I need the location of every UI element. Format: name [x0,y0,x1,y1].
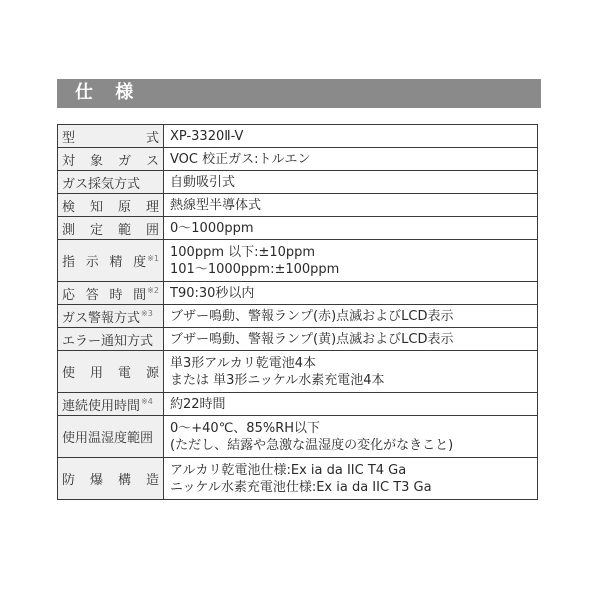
footnote-marker: ※3 [141,309,153,318]
footnote-marker: ※2 [147,286,159,295]
spec-label-text: 理 [146,196,159,215]
spec-label-text: エラー通知方式 [62,330,153,349]
spec-label-text: 間 [133,288,146,303]
spec-label-cell: 使用温湿度範囲 [58,416,164,458]
spec-label-text: 構 [118,469,131,488]
footnote-marker: ※4 [141,397,153,406]
spec-label: エラー通知方式 [62,330,159,349]
spec-label-cell: エラー通知方式 [58,328,164,351]
spec-value: ブザー鳴動、警報ランプ(赤)点滅およびLCD表示 [170,308,531,325]
spec-label-cell: 測定範囲 [58,217,164,240]
spec-value-cell: 約22時間 [164,393,538,416]
spec-label: ガス採気方式 [62,173,159,192]
spec-value-cell: 100ppm 以下:±10ppm101〜1000ppm:±100ppm [164,240,538,282]
spec-label-cell: 使用電源 [58,351,164,393]
spec-label-text: 囲 [146,219,159,238]
spec-label-text: 示 [86,251,99,270]
spec-label-text: 度 [133,255,146,270]
spec-value: XP-3320Ⅱ-V [170,128,531,145]
spec-value: 0〜+40℃、85%RH以下 [170,420,531,437]
spec-value: 熱線型半導体式 [170,197,531,214]
spec-label-text: ガ [118,150,131,169]
spec-label-text: 測 [62,219,75,238]
spec-value: 101〜1000ppm:±100ppm [170,261,531,278]
spec-label-text: 検 [62,196,75,215]
spec-label-text: 定 [90,219,103,238]
spec-value-cell: 熱線型半導体式 [164,194,538,217]
spec-row: 使用温湿度範囲0〜+40℃、85%RH以下(ただし、結露や急激な温湿度の変化がな… [58,416,538,458]
spec-label-cell: 検知原理 [58,194,164,217]
spec-label-cell: ガス採気方式 [58,171,164,194]
spec-label: 指示精度※1 [62,251,159,270]
spec-label-text: ガス採気方式 [62,173,140,192]
spec-value-cell: XP-3320Ⅱ-V [164,125,538,148]
spec-value: 約22時間 [170,396,531,413]
section-header-bar: 仕 様 [57,79,541,108]
spec-label-text: 範 [118,219,131,238]
spec-label-text: 象 [90,150,103,169]
spec-label-cell: 連続使用時間※4 [58,393,164,416]
spec-row: 対象ガスVOC 校正ガス:トルエン [58,148,538,171]
spec-label-cell: 型式 [58,125,164,148]
spec-value: アルカリ乾電池仕様:Ex ia da IIC T4 Ga [170,462,531,479]
spec-label: ガス警報方式※3 [62,307,159,326]
spec-value: (ただし、結露や急激な温湿度の変化がなきこと) [170,437,531,454]
spec-label-text: 答 [86,284,99,303]
spec-row: エラー通知方式ブザー鳴動、警報ランプ(黄)点滅およびLCD表示 [58,328,538,351]
footnote-marker: ※1 [147,254,159,263]
spec-row: 指示精度※1100ppm 以下:±10ppm101〜1000ppm:±100pp… [58,240,538,282]
spec-label: 使用温湿度範囲 [62,427,159,446]
spec-label-cell: 対象ガス [58,148,164,171]
spec-label-text: 応 [62,284,75,303]
spec-value-cell: 0〜+40℃、85%RH以下(ただし、結露や急激な温湿度の変化がなきこと) [164,416,538,458]
spec-value-cell: 自動吸引式 [164,171,538,194]
spec-label-text: 防 [62,469,75,488]
spec-label-cell: ガス警報方式※3 [58,305,164,328]
spec-label-text: 時 [109,284,122,303]
spec-row: 使用電源単3形アルカリ乾電池4本または 単3形ニッケル水素充電池4本 [58,351,538,393]
spec-value-cell: ブザー鳴動、警報ランプ(赤)点滅およびLCD表示 [164,305,538,328]
spec-value-cell: アルカリ乾電池仕様:Ex ia da IIC T4 Gaニッケル水素充電池仕様:… [164,458,538,500]
spec-label-text: 爆 [90,469,103,488]
spec-label: 使用電源 [62,362,159,381]
spec-label-text: 造 [146,469,159,488]
spec-label-cell: 指示精度※1 [58,240,164,282]
spec-row: 応答時間※2T90:30秒以内 [58,282,538,305]
spec-label-text: 電 [118,362,131,381]
spec-value-cell: T90:30秒以内 [164,282,538,305]
section-title: 仕 様 [75,82,141,104]
spec-label: 測定範囲 [62,219,159,238]
spec-label-text: 精 [109,251,122,270]
spec-label-text: 源 [146,362,159,381]
spec-value: ニッケル水素充電池仕様:Ex ia da IIC T3 Ga [170,479,531,496]
spec-value: 自動吸引式 [170,174,531,191]
spec-value: 単3形アルカリ乾電池4本 [170,355,531,372]
spec-row: ガス採気方式自動吸引式 [58,171,538,194]
spec-label-text: 連続使用時間 [62,399,140,414]
spec-label: 型式 [62,127,159,146]
spec-value-cell: VOC 校正ガス:トルエン [164,148,538,171]
spec-value: T90:30秒以内 [170,285,531,302]
spec-label-text: 指 [62,251,75,270]
spec-label-cell: 防爆構造 [58,458,164,500]
spec-value-cell: 0〜1000ppm [164,217,538,240]
spec-label: 検知原理 [62,196,159,215]
spec-label-text: ス [146,150,159,169]
spec-label-text: 対 [62,150,75,169]
spec-value: 0〜1000ppm [170,220,531,237]
spec-row: 検知原理熱線型半導体式 [58,194,538,217]
spec-row: 防爆構造アルカリ乾電池仕様:Ex ia da IIC T4 Gaニッケル水素充電… [58,458,538,500]
spec-row: 連続使用時間※4約22時間 [58,393,538,416]
spec-value: 100ppm 以下:±10ppm [170,244,531,261]
spec-label-text: 型 [62,127,75,146]
spec-label-text: 使用温湿度範囲 [62,427,153,446]
spec-value: VOC 校正ガス:トルエン [170,151,531,168]
spec-table: 型式XP-3320Ⅱ-V対象ガスVOC 校正ガス:トルエンガス採気方式自動吸引式… [57,124,538,500]
spec-label-text: 用 [90,362,103,381]
spec-label: 連続使用時間※4 [62,395,159,414]
spec-label-text: 知 [90,196,103,215]
spec-label-text: 原 [118,196,131,215]
spec-row: 測定範囲0〜1000ppm [58,217,538,240]
spec-value: または 単3形ニッケル水素充電池4本 [170,372,531,389]
spec-label-text: 使 [62,362,75,381]
spec-label-text: 式 [146,127,159,146]
spec-value-cell: 単3形アルカリ乾電池4本または 単3形ニッケル水素充電池4本 [164,351,538,393]
spec-label: 防爆構造 [62,469,159,488]
spec-row: ガス警報方式※3ブザー鳴動、警報ランプ(赤)点滅およびLCD表示 [58,305,538,328]
spec-label: 対象ガス [62,150,159,169]
spec-label-cell: 応答時間※2 [58,282,164,305]
spec-label: 応答時間※2 [62,284,159,303]
spec-value: ブザー鳴動、警報ランプ(黄)点滅およびLCD表示 [170,331,531,348]
spec-row: 型式XP-3320Ⅱ-V [58,125,538,148]
spec-value-cell: ブザー鳴動、警報ランプ(黄)点滅およびLCD表示 [164,328,538,351]
spec-label-text: ガス警報方式 [62,311,140,326]
